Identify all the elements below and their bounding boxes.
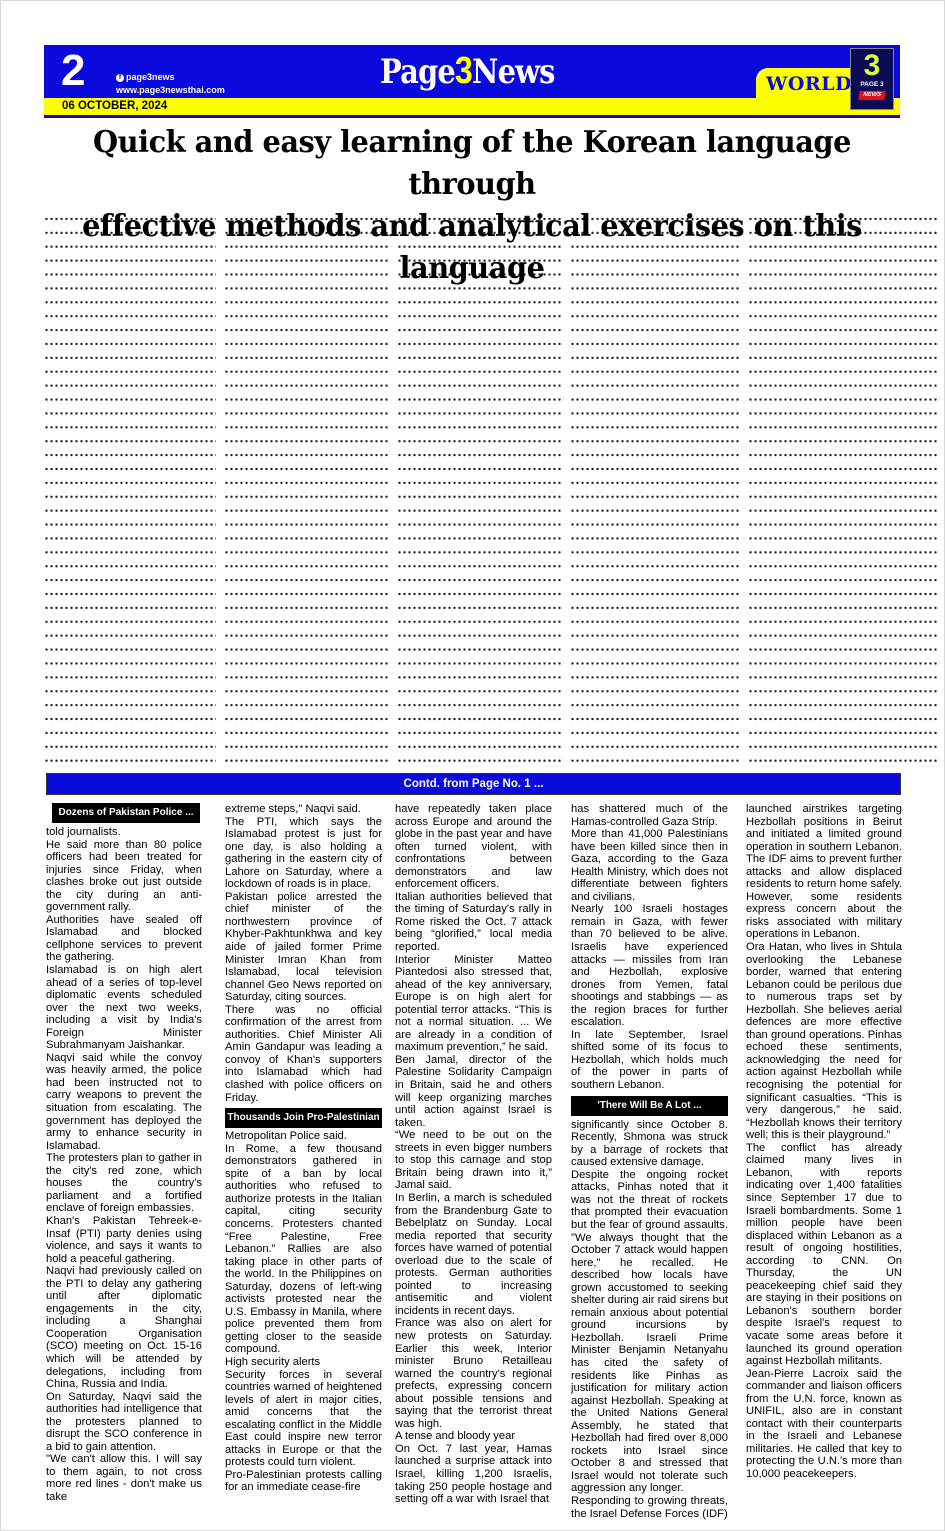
korean-text-column: [748, 208, 938, 763]
newspaper-logo: Page3News: [380, 49, 555, 94]
korean-text-column: [570, 208, 740, 763]
section-head-pakistan-police: Dozens of Pakistan Police ...: [52, 803, 200, 823]
article-column-2: extreme steps," Naqvi said. The PTI, whi…: [225, 803, 382, 1494]
masthead: 2 fpage3news www.page3newsthai.com 06 OC…: [44, 45, 900, 118]
continued-banner: Contd. from Page No. 1 ...: [46, 773, 901, 795]
facebook-link[interactable]: fpage3news: [116, 71, 225, 84]
korean-article-body: [44, 208, 944, 763]
korean-text-column: [397, 208, 562, 763]
website-link[interactable]: www.page3newsthai.com: [116, 84, 225, 97]
korean-text-column: [44, 208, 216, 763]
page3-badge-logo: 3 PAGE 3 NEWS: [850, 48, 894, 110]
korean-text-column: [224, 208, 389, 763]
section-tab: WORLD: [756, 68, 850, 102]
article-column-4: has shattered much of the Hamas-controll…: [571, 803, 728, 1520]
facebook-icon: f: [116, 74, 124, 82]
page-number: 2: [61, 47, 85, 95]
article-column-5: launched airstrikes targeting Hezbollah …: [746, 803, 902, 1481]
article-column-1: told journalists. He said more than 80 p…: [46, 826, 202, 1504]
social-links: fpage3news www.page3newsthai.com: [116, 71, 225, 97]
issue-date: 06 OCTOBER, 2024: [62, 100, 167, 113]
section-head-pro-palestinian: Thousands Join Pro-Palestinian ...: [225, 1108, 382, 1128]
article-column-3: have repeatedly taken place across Europ…: [395, 803, 552, 1506]
section-head-there-will-be-a-lot: 'There Will Be A Lot ...: [571, 1096, 728, 1116]
section-label: WORLD: [766, 73, 852, 95]
